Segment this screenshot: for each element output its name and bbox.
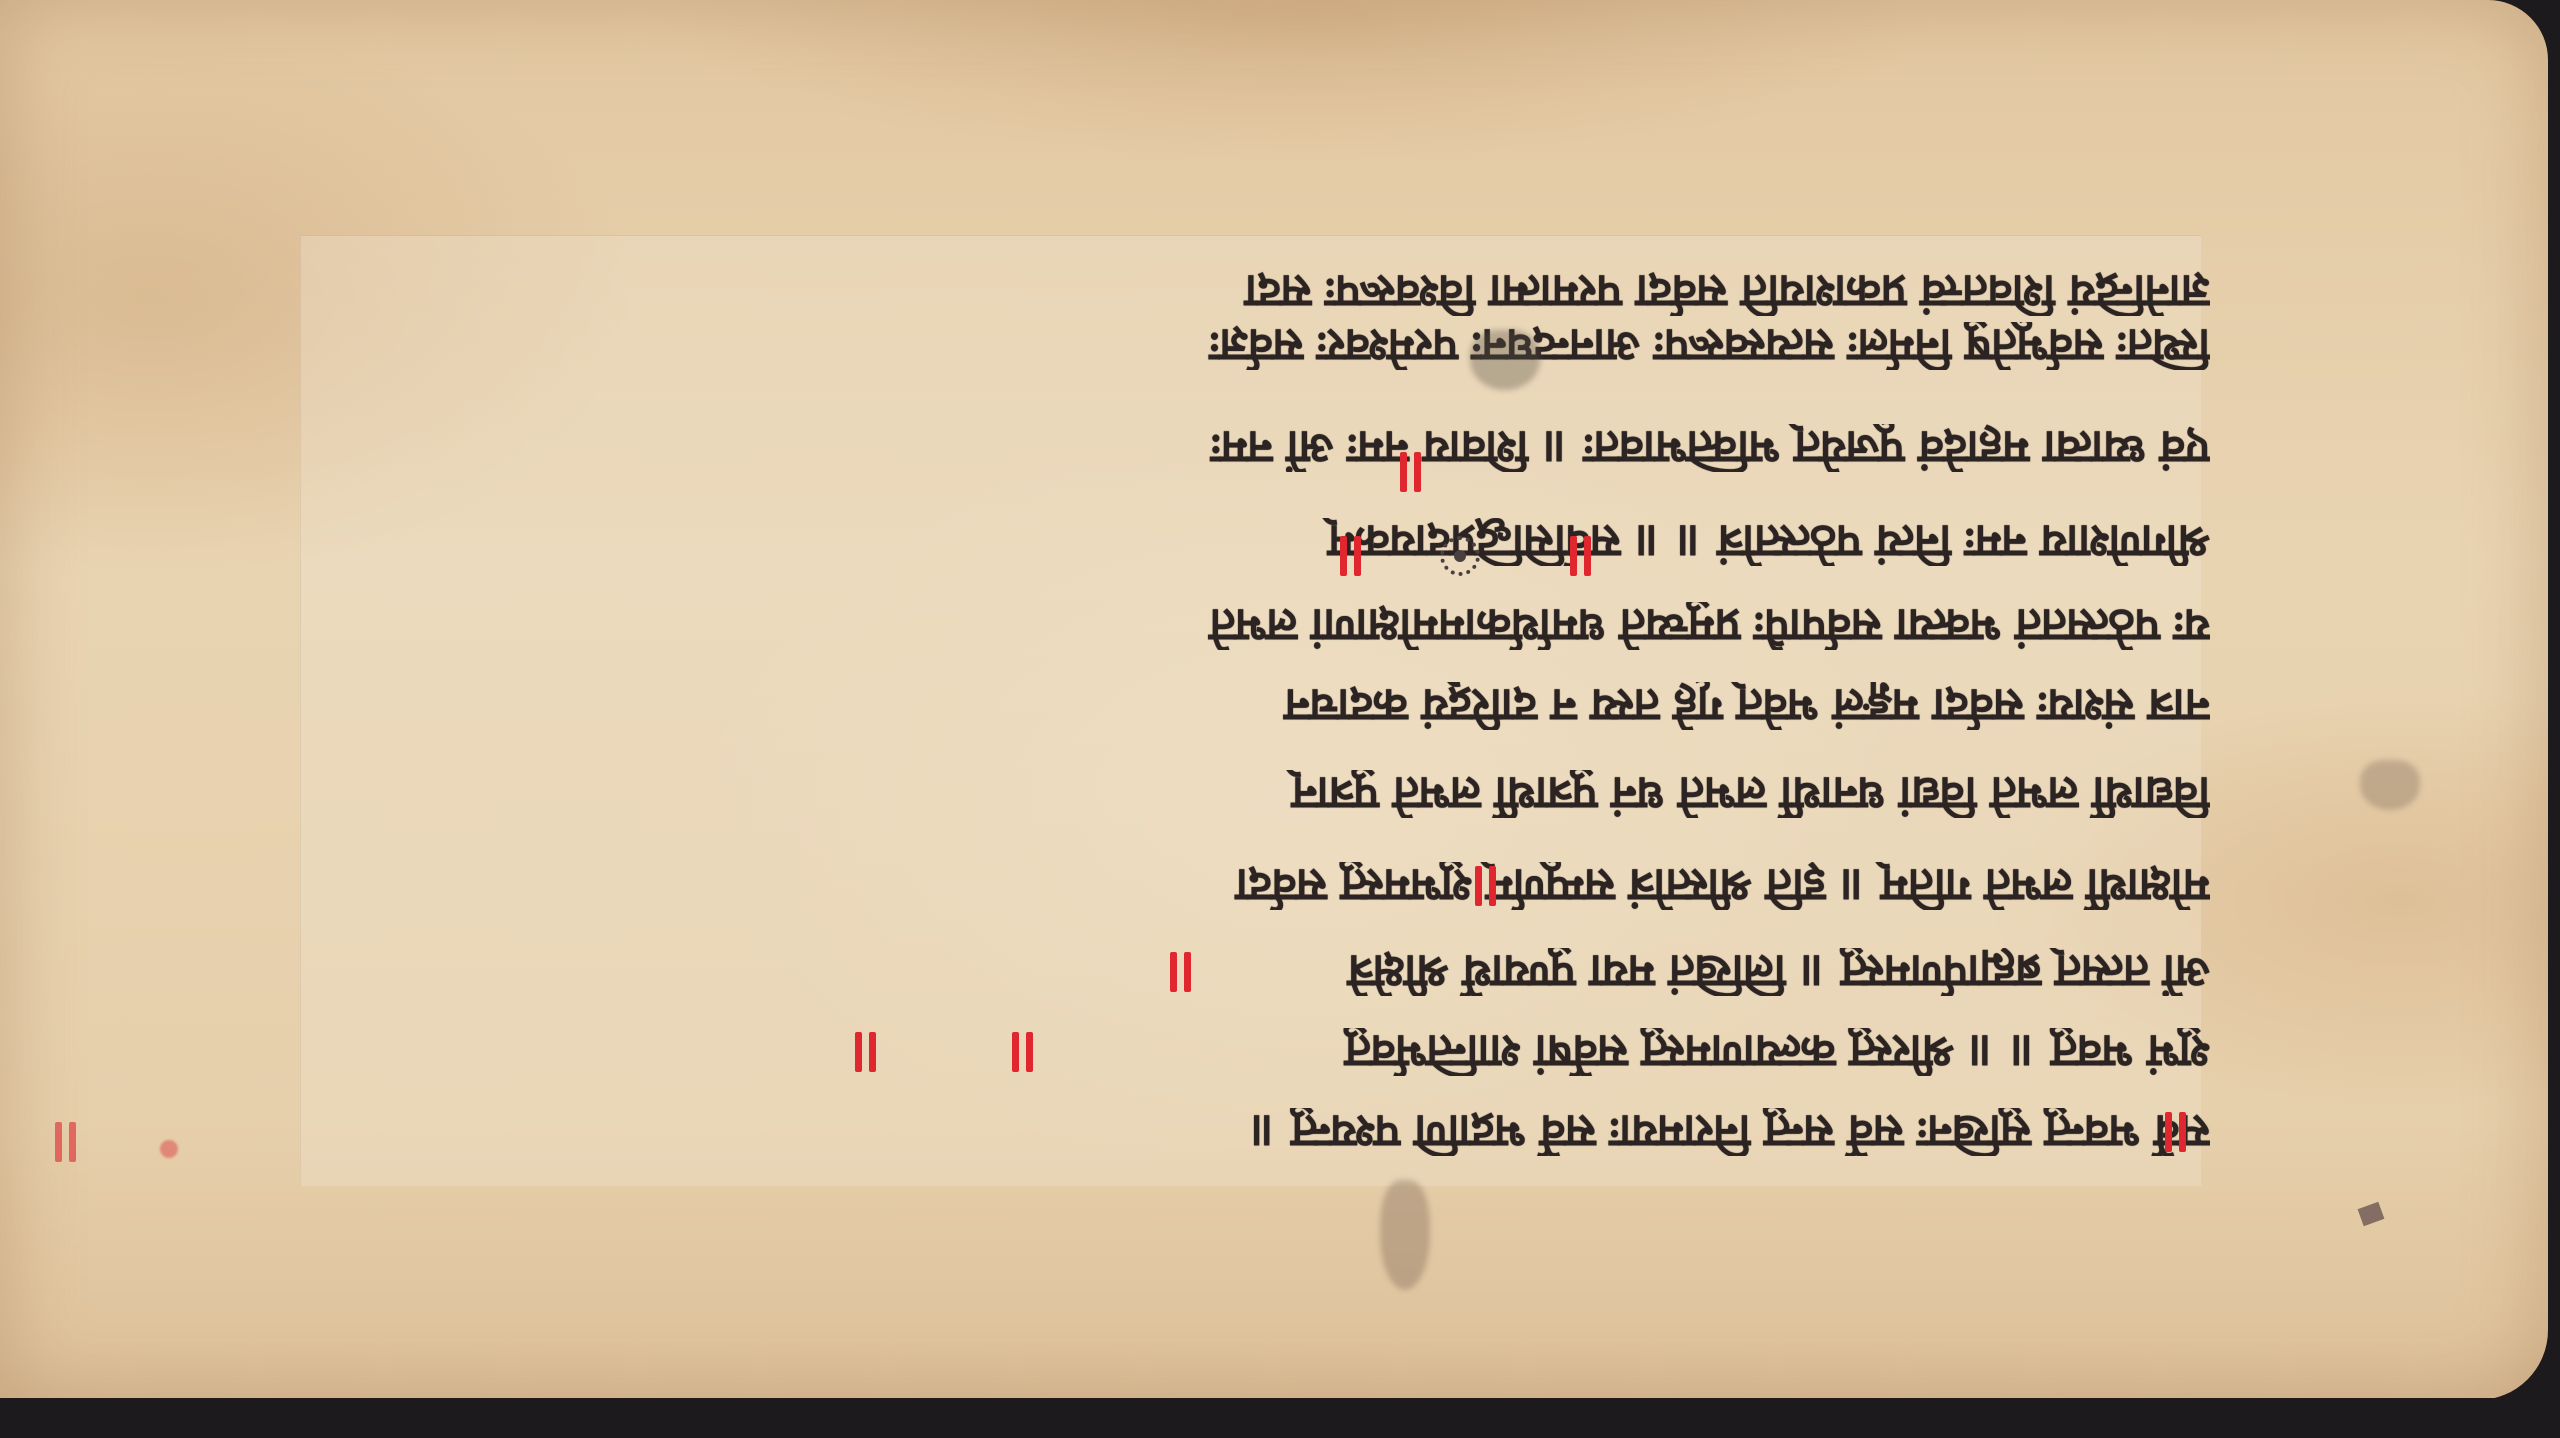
double-danda-icon (1475, 862, 1497, 910)
manuscript-line-5: यः पठेत्सततं भक्त्या सर्वपापैः प्रमुच्यत… (300, 602, 2210, 650)
double-danda-icon (1012, 1028, 1034, 1076)
paper-speck (2358, 1202, 2385, 1226)
manuscript-line-7: विद्यार्थी लभते विद्यां धनार्थी लभते धनं… (300, 770, 2210, 818)
double-danda-icon (1170, 948, 1192, 996)
manuscript-line-3: एवं ध्यात्वा महादेवं पूजयेत् भक्तिभावतः … (300, 424, 2210, 472)
manuscript-folio: ज्ञानेन्द्रियं शिवतत्त्वं प्रकाशयति सर्व… (0, 0, 2548, 1400)
manuscript-line-6: नात्र संशयः सर्वदा मङ्गलं भवेत् गृहे तस्… (300, 682, 2210, 730)
double-danda-icon (1340, 532, 1362, 580)
manuscript-line-2: स्थितः सर्वभूतेषु निर्मलः सत्यस्वरूपः आन… (300, 322, 2210, 370)
ink-smudge (1470, 330, 1540, 390)
manuscript-line-1: ज्ञानेन्द्रियं शिवतत्त्वं प्रकाशयति सर्व… (300, 268, 2210, 316)
manuscript-line-10: शुभं भवतु ॥ ॥ श्रीरस्तु कल्याणमस्तु सर्व… (300, 1028, 2210, 1076)
red-margin-mark (160, 1140, 178, 1158)
manuscript-line-11: सर्वे भवन्तु सुखिनः सर्वे सन्तु निरामयाः… (300, 1108, 2210, 1156)
manuscript-line-4: श्रीगणेशाय नमः नित्यं पठेत्स्तोत्रं ॥ ॥ … (300, 518, 2210, 566)
margin-double-danda-icon (55, 1118, 77, 1166)
paper-smudge (2360, 760, 2420, 810)
flower-ornament-icon (1440, 536, 1480, 576)
double-danda-icon (2165, 1108, 2187, 1156)
double-danda-icon (1400, 448, 1422, 496)
manuscript-line-9: ओं तत्सत् ब्रह्मार्पणमस्तु ॥ लिखितं मया … (300, 948, 2210, 996)
background-strip (0, 1398, 2560, 1438)
ink-stain (1380, 1180, 1430, 1290)
double-danda-icon (1570, 532, 1592, 580)
double-danda-icon (855, 1028, 877, 1076)
manuscript-line-8: मोक्षार्थी लभते गतिम् ॥ इति श्रीस्तोत्रं… (300, 862, 2210, 910)
